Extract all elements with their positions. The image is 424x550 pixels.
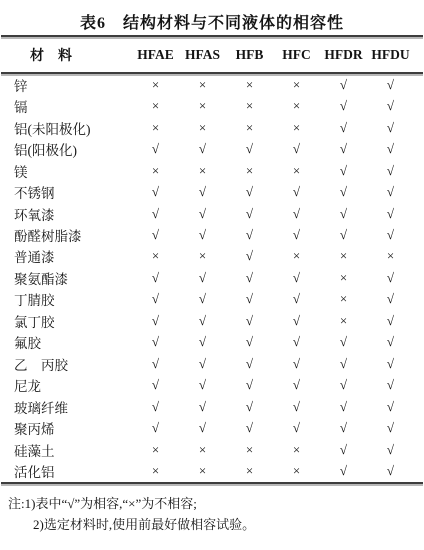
mark-cell: √ (367, 334, 414, 350)
mark-cell: √ (367, 442, 414, 458)
mark-cell: × (179, 248, 226, 264)
table-row: 普通漆 × × √ × × × (0, 246, 424, 267)
mark-cell: √ (367, 420, 414, 436)
mark-cell: √ (179, 227, 226, 243)
mark-cell: × (273, 77, 320, 93)
mark-cell: × (273, 98, 320, 114)
mark-cell: √ (132, 206, 179, 222)
material-label: 氟胶 (0, 332, 132, 352)
mark-cell: √ (179, 184, 226, 200)
material-label: 铝(未阳极化) (0, 118, 132, 138)
mark-cell: √ (179, 377, 226, 393)
mark-cell: √ (367, 206, 414, 222)
mark-cell: × (320, 313, 367, 329)
table-row: 丁腈胶 √ √ √ √ × √ (0, 289, 424, 310)
table-header-row: 材 料 HFAE HFAS HFB HFC HFDR HFDU (0, 37, 424, 72)
table-row: 酚醛树脂漆 √ √ √ √ √ √ (0, 224, 424, 245)
mark-cell: √ (226, 184, 273, 200)
mark-cell: √ (132, 377, 179, 393)
mark-cell: × (320, 291, 367, 307)
mark-cell: √ (226, 291, 273, 307)
mark-cell: √ (179, 399, 226, 415)
mark-cell: √ (132, 313, 179, 329)
material-label: 活化铝 (0, 461, 132, 481)
mark-cell: × (132, 463, 179, 479)
table-row: 氯丁胶 √ √ √ √ × √ (0, 310, 424, 331)
mark-cell: √ (320, 163, 367, 179)
mark-cell: √ (179, 141, 226, 157)
page-title: 表6 结构材料与不同液体的相容性 (0, 0, 424, 35)
mark-cell: × (273, 463, 320, 479)
mark-cell: √ (226, 313, 273, 329)
column-header-hfdr: HFDR (320, 47, 367, 63)
mark-cell: √ (273, 334, 320, 350)
mark-cell: √ (367, 120, 414, 136)
mark-cell: √ (226, 206, 273, 222)
mark-cell: √ (179, 270, 226, 286)
mark-cell: × (320, 248, 367, 264)
mark-cell: × (132, 77, 179, 93)
material-column-header: 材 料 (0, 45, 132, 65)
note-line-2: 2)选定材料时,使用前最好做相容试验。 (8, 514, 424, 535)
mark-cell: √ (179, 206, 226, 222)
column-header-hfae: HFAE (132, 47, 179, 63)
material-label: 不锈钢 (0, 182, 132, 202)
table-row: 硅藻土 × × × × √ √ (0, 439, 424, 460)
table-row: 不锈钢 √ √ √ √ √ √ (0, 181, 424, 202)
mark-cell: × (179, 120, 226, 136)
material-label: 尼龙 (0, 375, 132, 395)
table-row: 镁 × × × × √ √ (0, 160, 424, 181)
material-label: 锌 (0, 75, 132, 95)
column-header-hfas: HFAS (179, 47, 226, 63)
material-label: 丁腈胶 (0, 289, 132, 309)
mark-cell: √ (320, 184, 367, 200)
mark-cell: × (132, 442, 179, 458)
table-row: 活化铝 × × × × √ √ (0, 460, 424, 481)
mark-cell: √ (273, 270, 320, 286)
table-row: 环氧漆 √ √ √ √ √ √ (0, 203, 424, 224)
material-label: 硅藻土 (0, 440, 132, 460)
mark-cell: × (226, 77, 273, 93)
mark-cell: √ (132, 356, 179, 372)
mark-cell: √ (320, 463, 367, 479)
mark-cell: √ (179, 313, 226, 329)
mark-cell: √ (132, 184, 179, 200)
material-label: 铝(阳极化) (0, 139, 132, 159)
table-row: 镉 × × × × √ √ (0, 95, 424, 116)
mark-cell: √ (367, 313, 414, 329)
mark-cell: √ (132, 334, 179, 350)
mark-cell: × (179, 463, 226, 479)
mark-cell: √ (226, 399, 273, 415)
mark-cell: √ (320, 120, 367, 136)
mark-cell: × (132, 120, 179, 136)
material-label: 普通漆 (0, 246, 132, 266)
mark-cell: √ (273, 141, 320, 157)
mark-cell: √ (226, 356, 273, 372)
mark-cell: √ (273, 377, 320, 393)
column-header-hfc: HFC (273, 47, 320, 63)
mark-cell: √ (132, 399, 179, 415)
mark-cell: √ (367, 227, 414, 243)
mark-cell: √ (273, 227, 320, 243)
mark-cell: √ (320, 206, 367, 222)
mark-cell: √ (367, 98, 414, 114)
mark-cell: √ (179, 291, 226, 307)
table-row: 乙 丙胶 √ √ √ √ √ √ (0, 353, 424, 374)
material-label: 镁 (0, 161, 132, 181)
mark-cell: √ (320, 356, 367, 372)
table-row: 聚氨酯漆 √ √ √ √ × √ (0, 267, 424, 288)
mark-cell: √ (132, 141, 179, 157)
mark-cell: × (179, 77, 226, 93)
note-line-1: 注:1)表中“√”为相容,“×”为不相容; (8, 493, 424, 514)
mark-cell: × (132, 98, 179, 114)
mark-cell: √ (132, 291, 179, 307)
mark-cell: √ (226, 227, 273, 243)
document-page: 表6 结构材料与不同液体的相容性 材 料 HFAE HFAS HFB HFC H… (0, 0, 424, 550)
mark-cell: √ (367, 463, 414, 479)
mark-cell: × (320, 270, 367, 286)
table-row: 聚丙烯 √ √ √ √ √ √ (0, 418, 424, 439)
material-label: 聚丙烯 (0, 418, 132, 438)
mark-cell: × (226, 120, 273, 136)
mark-cell: √ (226, 420, 273, 436)
mark-cell: × (367, 248, 414, 264)
table-row: 铝(阳极化) √ √ √ √ √ √ (0, 138, 424, 159)
mark-cell: × (132, 248, 179, 264)
material-label: 玻璃纤维 (0, 397, 132, 417)
mark-cell: × (179, 163, 226, 179)
mark-cell: × (226, 98, 273, 114)
mark-cell: × (179, 98, 226, 114)
mark-cell: √ (320, 227, 367, 243)
mark-cell: √ (226, 377, 273, 393)
material-label: 乙 丙胶 (0, 354, 132, 374)
column-header-hfb: HFB (226, 47, 273, 63)
mark-cell: √ (273, 291, 320, 307)
mark-cell: √ (367, 184, 414, 200)
mark-cell: √ (367, 399, 414, 415)
mark-cell: × (179, 442, 226, 458)
mark-cell: √ (179, 356, 226, 372)
mark-cell: √ (132, 420, 179, 436)
material-label: 环氧漆 (0, 204, 132, 224)
mark-cell: × (226, 442, 273, 458)
mark-cell: √ (320, 442, 367, 458)
mark-cell: √ (367, 77, 414, 93)
mark-cell: √ (320, 98, 367, 114)
mark-cell: √ (320, 399, 367, 415)
mark-cell: √ (320, 377, 367, 393)
table-row: 玻璃纤维 √ √ √ √ √ √ (0, 396, 424, 417)
column-header-hfdu: HFDU (367, 47, 414, 63)
mark-cell: √ (320, 77, 367, 93)
mark-cell: √ (132, 227, 179, 243)
table-body: 锌 × × × × √ √ 镉 × × × × √ √ 铝(未阳极化) × × … (0, 74, 424, 482)
mark-cell: √ (273, 313, 320, 329)
mark-cell: √ (367, 270, 414, 286)
table-row: 锌 × × × × √ √ (0, 74, 424, 95)
mark-cell: × (273, 442, 320, 458)
mark-cell: √ (273, 206, 320, 222)
mark-cell: × (226, 463, 273, 479)
mark-cell: √ (226, 270, 273, 286)
mark-cell: √ (367, 356, 414, 372)
mark-cell: √ (320, 420, 367, 436)
material-label: 氯丁胶 (0, 311, 132, 331)
mark-cell: √ (367, 141, 414, 157)
mark-cell: × (132, 163, 179, 179)
table-notes: 注:1)表中“√”为相容,“×”为不相容; 2)选定材料时,使用前最好做相容试验… (0, 484, 424, 535)
mark-cell: √ (226, 334, 273, 350)
mark-cell: √ (179, 420, 226, 436)
mark-cell: × (273, 248, 320, 264)
mark-cell: × (273, 163, 320, 179)
mark-cell: √ (367, 163, 414, 179)
mark-cell: √ (273, 420, 320, 436)
mark-cell: √ (132, 270, 179, 286)
table-row: 铝(未阳极化) × × × × √ √ (0, 117, 424, 138)
table-row: 尼龙 √ √ √ √ √ √ (0, 375, 424, 396)
material-label: 酚醛树脂漆 (0, 225, 132, 245)
mark-cell: √ (273, 356, 320, 372)
mark-cell: √ (320, 334, 367, 350)
mark-cell: × (226, 163, 273, 179)
mark-cell: √ (320, 141, 367, 157)
mark-cell: √ (273, 399, 320, 415)
table-row: 氟胶 √ √ √ √ √ √ (0, 332, 424, 353)
material-label: 聚氨酯漆 (0, 268, 132, 288)
material-label: 镉 (0, 96, 132, 116)
mark-cell: √ (273, 184, 320, 200)
mark-cell: √ (226, 248, 273, 264)
mark-cell: √ (226, 141, 273, 157)
mark-cell: √ (367, 291, 414, 307)
mark-cell: √ (179, 334, 226, 350)
mark-cell: × (273, 120, 320, 136)
mark-cell: √ (367, 377, 414, 393)
